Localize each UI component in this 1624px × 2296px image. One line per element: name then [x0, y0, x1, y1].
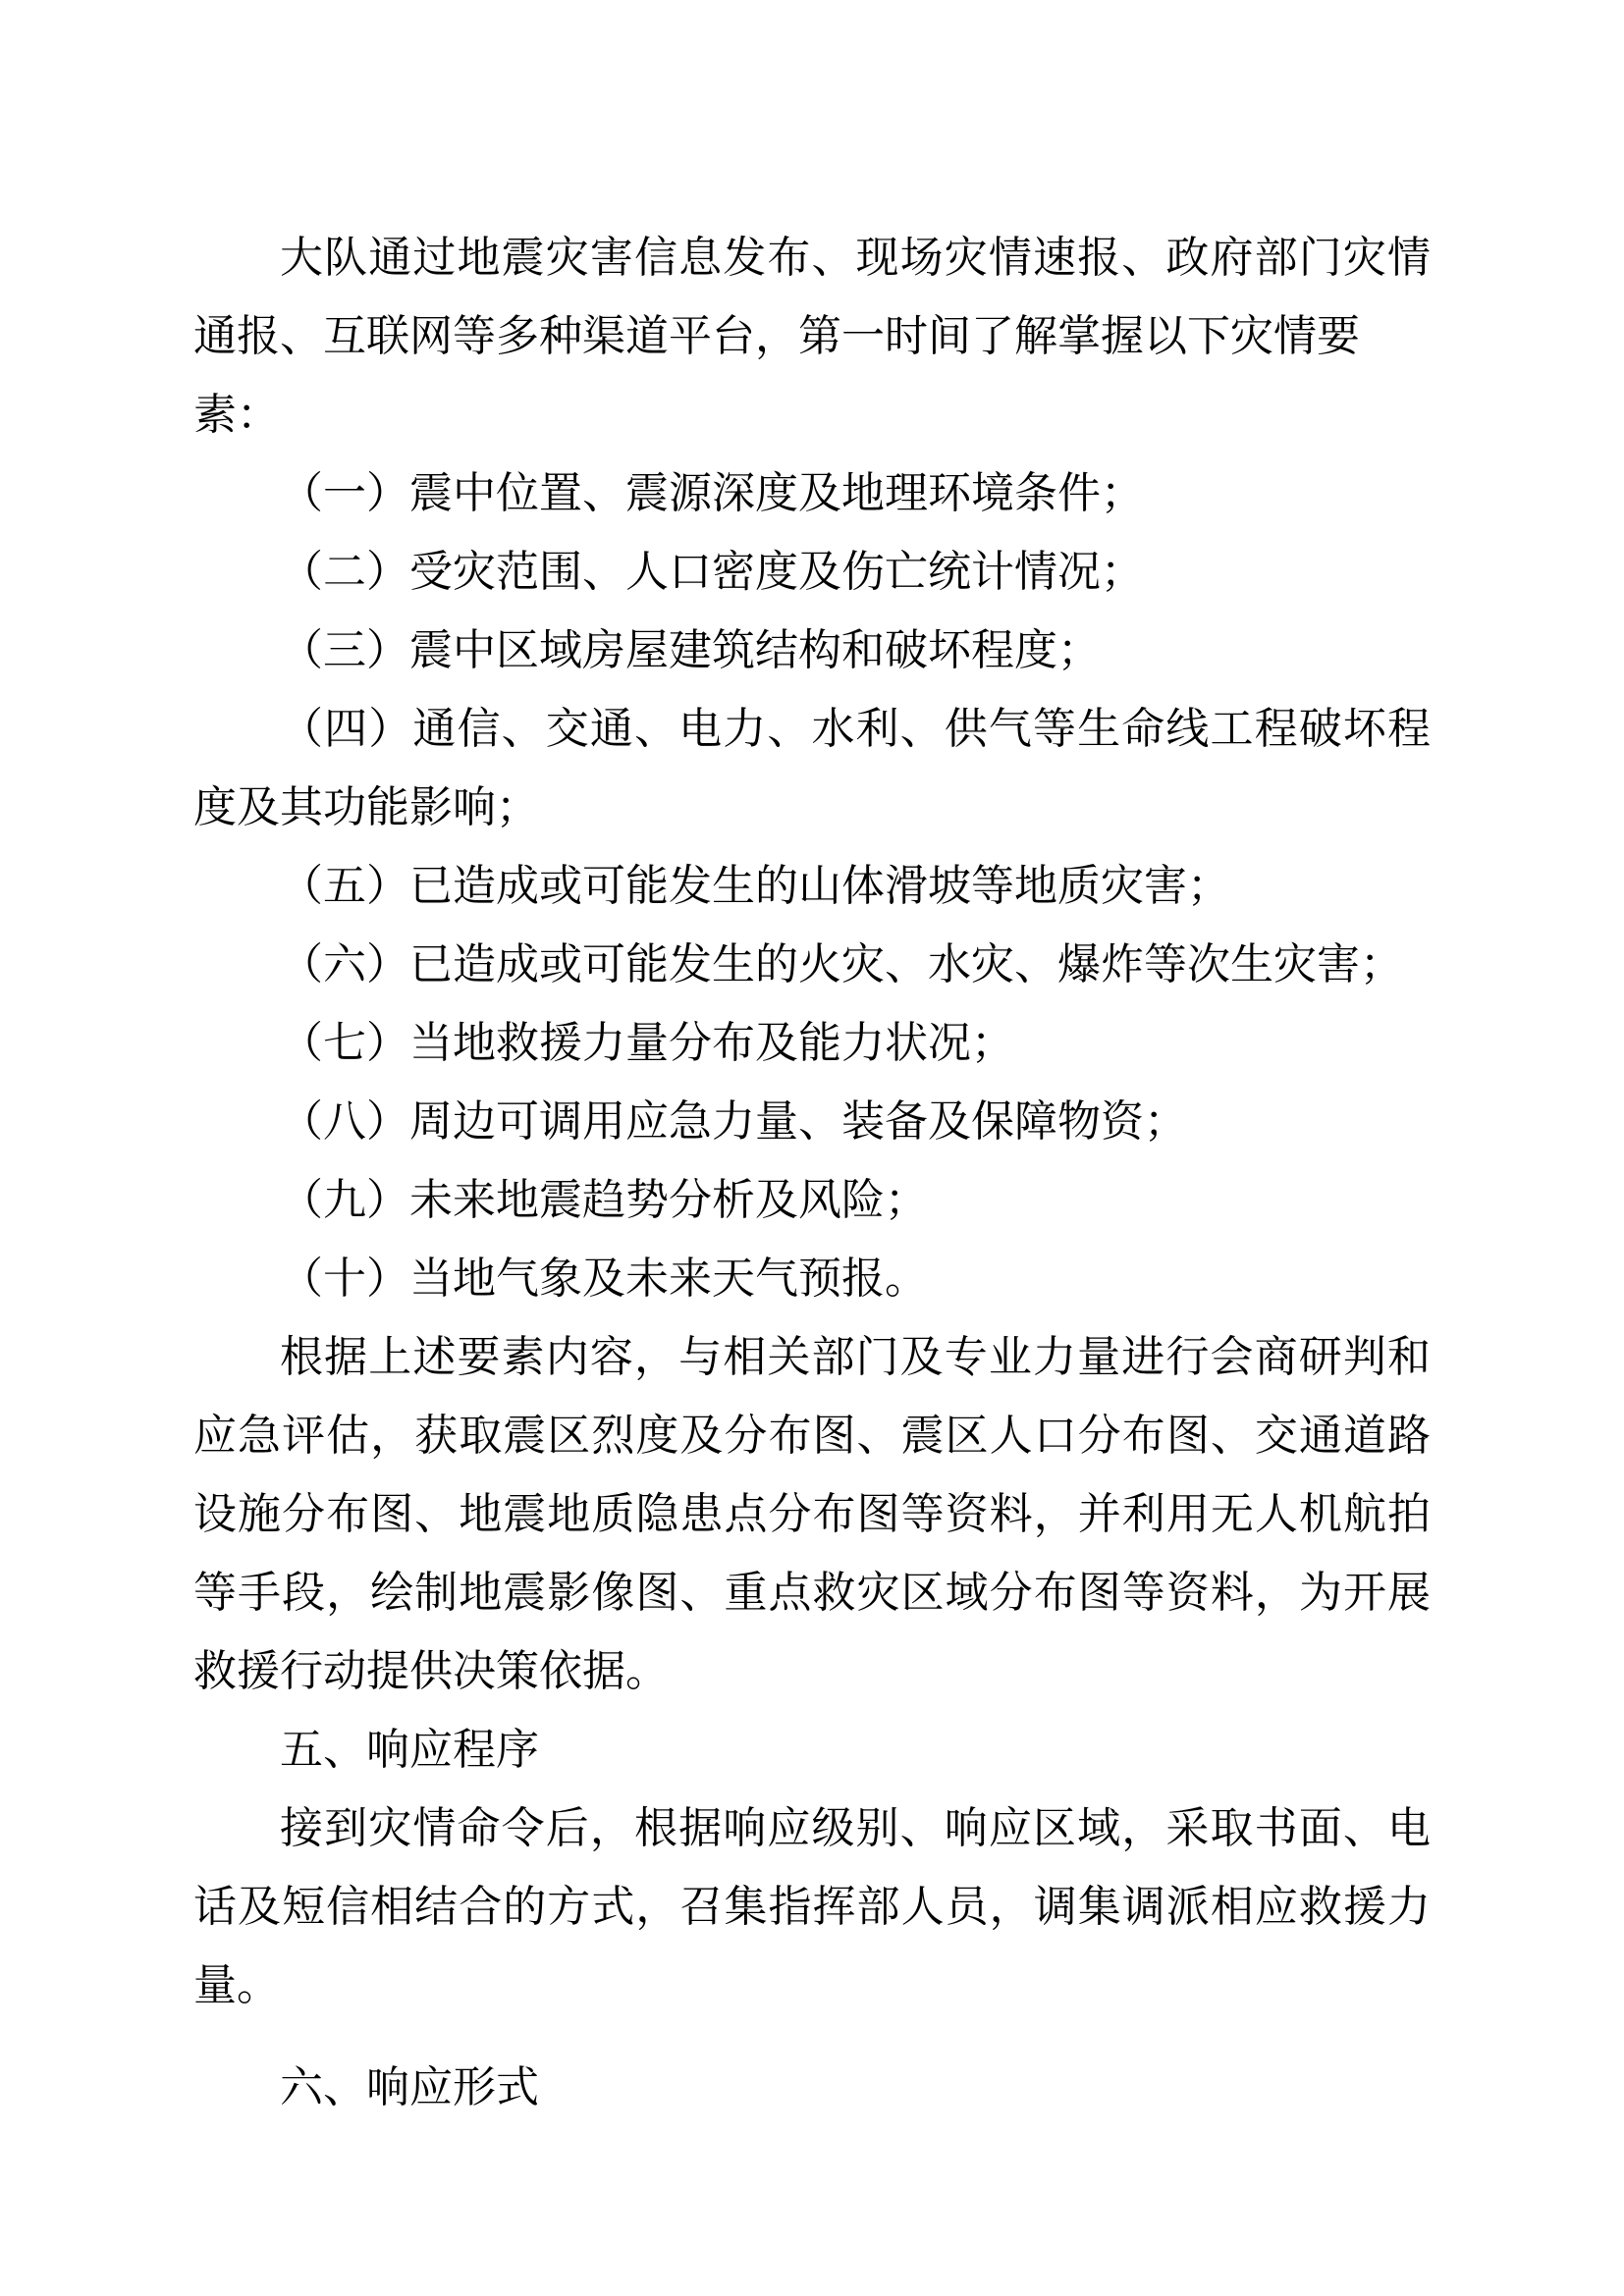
text-line: （十）当地气象及未来天气预报。: [193, 1240, 1431, 1318]
paragraph-response-procedure: 接到灾情命令后，根据响应级别、响应区域，采取书面、电话及短信相结合的方式，召集指…: [193, 1789, 1431, 2025]
text-line: （二）受灾范围、人口密度及伤亡统计情况；: [193, 533, 1431, 612]
list-item-1: （一）震中位置、震源深度及地理环境条件；: [193, 454, 1431, 533]
text-line: 六、响应形式: [193, 2049, 1431, 2127]
text-line: 大队通过地震灾害信息发布、现场灾情速报、政府部门灾情: [193, 219, 1431, 297]
document-content: 大队通过地震灾害信息发布、现场灾情速报、政府部门灾情通报、互联网等多种渠道平台，…: [193, 219, 1431, 2127]
text-line: 度及其功能影响；: [193, 769, 1431, 847]
list-item-8: （八）周边可调用应急力量、装备及保障物资；: [193, 1083, 1431, 1161]
list-item-9: （九）未来地震趋势分析及风险；: [193, 1161, 1431, 1240]
text-line: 通报、互联网等多种渠道平台，第一时间了解掌握以下灾情要素：: [193, 297, 1431, 454]
list-item-10: （十）当地气象及未来天气预报。: [193, 1240, 1431, 1318]
text-line: 救援行动提供决策依据。: [193, 1632, 1431, 1711]
text-line: 话及短信相结合的方式，召集指挥部人员，调集调派相应救援力: [193, 1868, 1431, 1947]
paragraph-analysis: 根据上述要素内容，与相关部门及专业力量进行会商研判和应急评估，获取震区烈度及分布…: [193, 1318, 1431, 1711]
text-line: 等手段，绘制地震影像图、重点救灾区域分布图等资料，为开展: [193, 1554, 1431, 1632]
text-line: （五）已造成或可能发生的山体滑坡等地质灾害；: [193, 847, 1431, 926]
list-item-5: （五）已造成或可能发生的山体滑坡等地质灾害；: [193, 847, 1431, 926]
section-heading-six: 六、响应形式: [193, 2049, 1431, 2127]
section-heading-five: 五、响应程序: [193, 1711, 1431, 1789]
text-line: （六）已造成或可能发生的火灾、水灾、爆炸等次生灾害；: [193, 926, 1431, 1004]
document-page: 大队通过地震灾害信息发布、现场灾情速报、政府部门灾情通报、互联网等多种渠道平台，…: [0, 0, 1624, 2296]
text-line: 设施分布图、地震地质隐患点分布图等资料，并利用无人机航拍: [193, 1475, 1431, 1554]
text-line: 五、响应程序: [193, 1711, 1431, 1789]
text-line: （七）当地救援力量分布及能力状况；: [193, 1004, 1431, 1083]
text-line: （四）通信、交通、电力、水利、供气等生命线工程破坏程: [193, 690, 1431, 769]
paragraph-intro: 大队通过地震灾害信息发布、现场灾情速报、政府部门灾情通报、互联网等多种渠道平台，…: [193, 219, 1431, 454]
list-item-3: （三）震中区域房屋建筑结构和破坏程度；: [193, 612, 1431, 690]
text-line: 量。: [193, 1947, 1431, 2025]
text-line: 应急评估，获取震区烈度及分布图、震区人口分布图、交通道路: [193, 1397, 1431, 1475]
text-line: （三）震中区域房屋建筑结构和破坏程度；: [193, 612, 1431, 690]
text-line: （一）震中位置、震源深度及地理环境条件；: [193, 454, 1431, 533]
text-line: （九）未来地震趋势分析及风险；: [193, 1161, 1431, 1240]
text-line: （八）周边可调用应急力量、装备及保障物资；: [193, 1083, 1431, 1161]
list-item-4: （四）通信、交通、电力、水利、供气等生命线工程破坏程度及其功能影响；: [193, 690, 1431, 847]
list-item-2: （二）受灾范围、人口密度及伤亡统计情况；: [193, 533, 1431, 612]
list-item-7: （七）当地救援力量分布及能力状况；: [193, 1004, 1431, 1083]
list-item-6: （六）已造成或可能发生的火灾、水灾、爆炸等次生灾害；: [193, 926, 1431, 1004]
text-line: 根据上述要素内容，与相关部门及专业力量进行会商研判和: [193, 1318, 1431, 1397]
text-line: 接到灾情命令后，根据响应级别、响应区域，采取书面、电: [193, 1789, 1431, 1868]
